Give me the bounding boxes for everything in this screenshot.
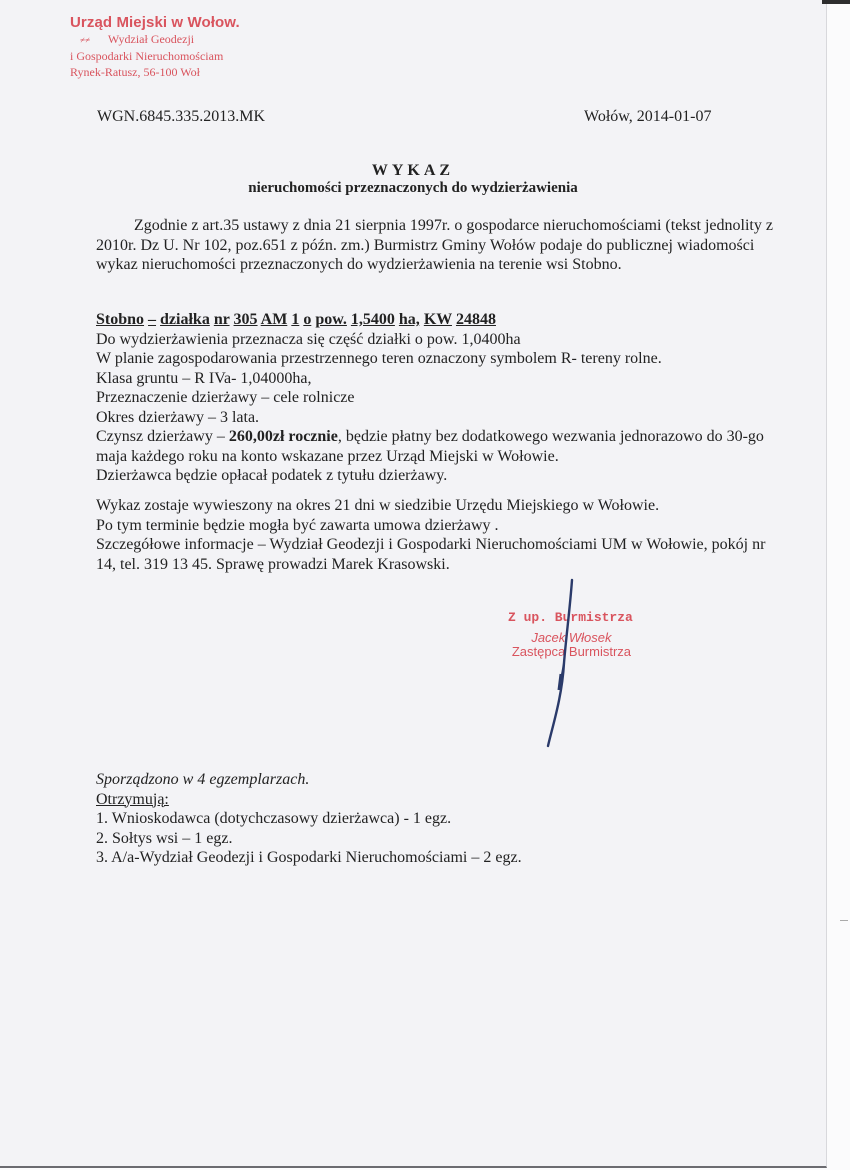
intro-paragraph: Zgodnie z art.35 ustawy z dnia 21 sierpn… (96, 216, 786, 275)
heading-part: 24848 (456, 311, 496, 328)
heading-part: 1,5400 (351, 311, 395, 328)
heading-part: działka (160, 311, 210, 328)
detail-line: Do wydzierżawienia przeznacza się część … (96, 330, 786, 350)
detail-line: Okres dzierżawy – 3 lata. (96, 408, 786, 428)
recipient-item: 3. A/a-Wydział Geodezji i Gospodarki Nie… (96, 848, 786, 868)
tax-line: Dzierżawca będzie opłacał podatek z tytu… (96, 466, 786, 486)
heading-part: AM (261, 311, 288, 328)
heading-part: nr (214, 311, 230, 328)
notice-block: Wykaz zostaje wywieszony na okres 21 dni… (96, 496, 786, 574)
office-stamp: Urząd Miejski w Wołow. ≠≠Wydział Geodezj… (70, 14, 240, 80)
notice-line: Po tym terminie będzie mogła być zawarta… (96, 516, 786, 536)
document-title: WYKAZ (0, 162, 826, 180)
detail-line: Przeznaczenie dzierżawy – cele rolnicze (96, 388, 786, 408)
notice-line: Szczegółowe informacje – Wydział Geodezj… (96, 535, 786, 574)
heading-part: KW (424, 311, 452, 328)
recipient-item: 1. Wnioskodawca (dotychczasowy dzierżawc… (96, 809, 786, 829)
heading-part: 1 (291, 311, 299, 328)
recipients-label: Otrzymują: (96, 790, 786, 810)
distribution-list: Sporządzono w 4 egzemplarzach. Otrzymują… (96, 770, 786, 868)
property-details: Stobno – działka nr 305 AM 1 o pow. 1,54… (96, 310, 786, 486)
department-line: Wydział Geodezji (108, 32, 194, 46)
department-line-2: i Gospodarki Nieruchomościam (70, 48, 240, 64)
rent-line: Czynsz dzierżawy – 260,00zł rocznie, będ… (96, 427, 786, 466)
office-name: Urząd Miejski w Wołow. (70, 14, 240, 31)
heading-part: Stobno (96, 311, 144, 328)
heading-part: 305 (234, 311, 258, 328)
reference-number: WGN.6845.335.2013.MK (97, 108, 265, 126)
property-heading: Stobno – działka nr 305 AM 1 o pow. 1,54… (96, 310, 786, 330)
detail-line: W planie zagospodarowania przestrzennego… (96, 349, 786, 369)
stamp-mark-icon: ≠≠ (80, 35, 90, 45)
document-subtitle: nieruchomości przeznaczonych do wydzierż… (0, 180, 826, 197)
heading-part: ha, (399, 311, 420, 328)
copies-note: Sporządzono w 4 egzemplarzach. (96, 770, 786, 790)
rent-amount: 260,00zł rocznie (229, 428, 338, 445)
heading-part: – (148, 311, 156, 328)
recipient-item: 2. Sołtys wsi – 1 egz. (96, 829, 786, 849)
office-address: Rynek-Ratusz, 56-100 Woł (70, 64, 240, 80)
notice-line: Wykaz zostaje wywieszony na okres 21 dni… (96, 496, 786, 516)
heading-part: pow. (315, 311, 347, 328)
scan-mark (840, 920, 848, 921)
place-date: Wołów, 2014-01-07 (584, 108, 711, 126)
heading-part: o (303, 311, 311, 328)
detail-line: Klasa gruntu – R IVa- 1,04000ha, (96, 369, 786, 389)
scan-edge (822, 0, 850, 4)
signature-icon (530, 578, 590, 753)
